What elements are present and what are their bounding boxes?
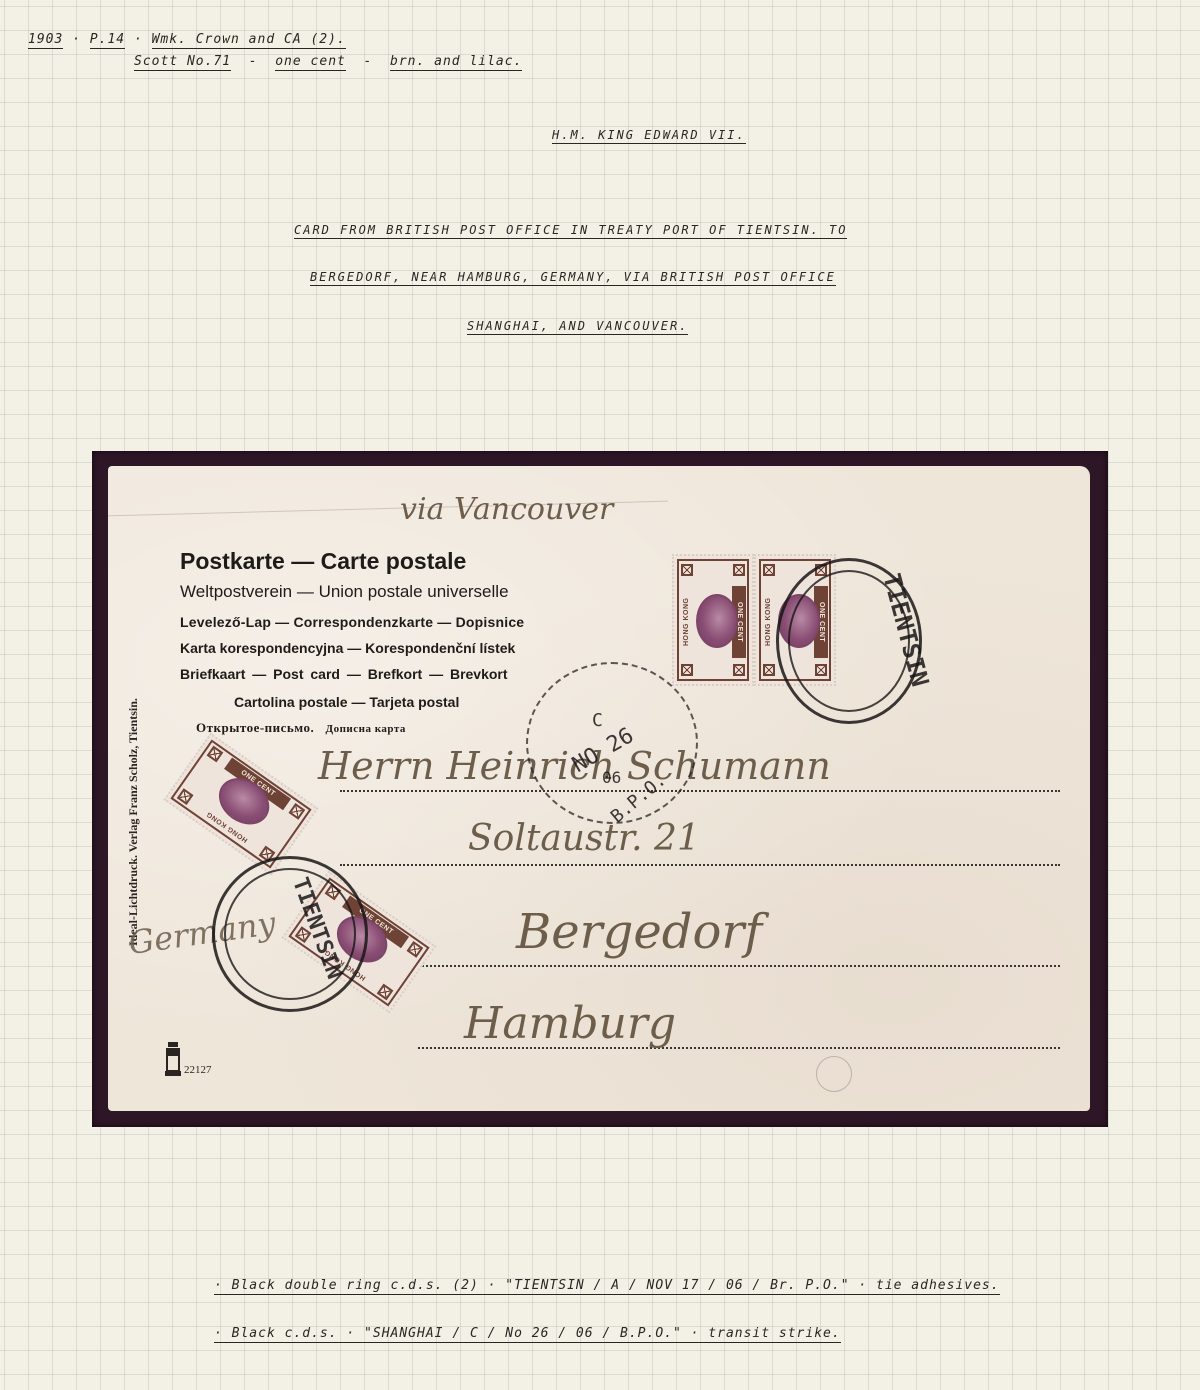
postcard-line-6: Открытое-письмо. Дописна карта bbox=[196, 720, 406, 736]
description-line-1: Card from British Post Office in Treaty … bbox=[294, 223, 847, 237]
publisher-imprint: Ideal-Lichtdruck. Verlag Franz Scholz, T… bbox=[126, 698, 141, 946]
note-scott-number: Scott No.71 bbox=[134, 54, 231, 71]
stamp-left-1: HONG KONG ONE CENT bbox=[163, 733, 318, 876]
footer-note-2: · Black c.d.s. · "SHANGHAI / C / No 26 /… bbox=[214, 1326, 841, 1341]
address-city: Hamburg bbox=[464, 998, 676, 1049]
postcard-line-4: Briefkaart — Post card — Brefkort — Brev… bbox=[180, 666, 508, 682]
footer-note-1: · Black double ring c.d.s. (2) · "TIENTS… bbox=[214, 1278, 1000, 1293]
note-year: 1903 bbox=[28, 32, 63, 49]
printer-logo-icon bbox=[164, 1042, 182, 1076]
note-color: brn. and lilac. bbox=[390, 54, 522, 71]
header-notes-line2: Scott No.71 - one cent - brn. and lilac. bbox=[134, 54, 522, 69]
address-street: Soltaustr. 21 bbox=[468, 818, 700, 859]
header-notes: 1903 · P.14 · Wmk. Crown and CA (2). bbox=[28, 32, 346, 47]
page-title: H.M. King Edward VII. bbox=[552, 128, 746, 142]
print-number: 22127 bbox=[184, 1064, 212, 1076]
note-perf: P.14 bbox=[90, 32, 125, 49]
king-portrait bbox=[696, 594, 738, 648]
description-line-3: Shanghai, and Vancouver. bbox=[467, 319, 688, 333]
stamp: HONG KONG ONE CENT bbox=[672, 554, 754, 686]
postcard-line-1: Weltpostverein — Union postale universel… bbox=[180, 582, 509, 602]
address-line-3 bbox=[398, 965, 1060, 967]
address-line-2 bbox=[340, 864, 1060, 866]
address-town: Bergedorf bbox=[516, 904, 762, 960]
postcard: via Vancouver Postkarte — Carte postale … bbox=[108, 466, 1090, 1111]
note-watermark: Wmk. Crown and CA (2). bbox=[152, 32, 346, 49]
shanghai-postmark-letter: C bbox=[592, 710, 603, 731]
postcard-line-3: Karta korespondencyjna — Korespondenční … bbox=[180, 640, 515, 656]
description-line-2: Bergedorf, near Hamburg, Germany, via Br… bbox=[310, 270, 836, 284]
tientsin-postmark-left bbox=[212, 856, 368, 1012]
postcard-line-2: Levelező-Lap — Correspondenzkarte — Dopi… bbox=[180, 614, 524, 630]
postcard-line-5: Cartolina postale — Tarjeta postal bbox=[234, 694, 459, 710]
note-denomination: one cent bbox=[275, 54, 346, 71]
postcard-heading: Postkarte — Carte postale bbox=[180, 548, 466, 575]
shanghai-postmark-year: 06 bbox=[602, 768, 621, 787]
pencil-circle-mark bbox=[816, 1056, 852, 1092]
address-line-1 bbox=[340, 790, 1060, 792]
routing-annotation: via Vancouver bbox=[400, 492, 613, 527]
